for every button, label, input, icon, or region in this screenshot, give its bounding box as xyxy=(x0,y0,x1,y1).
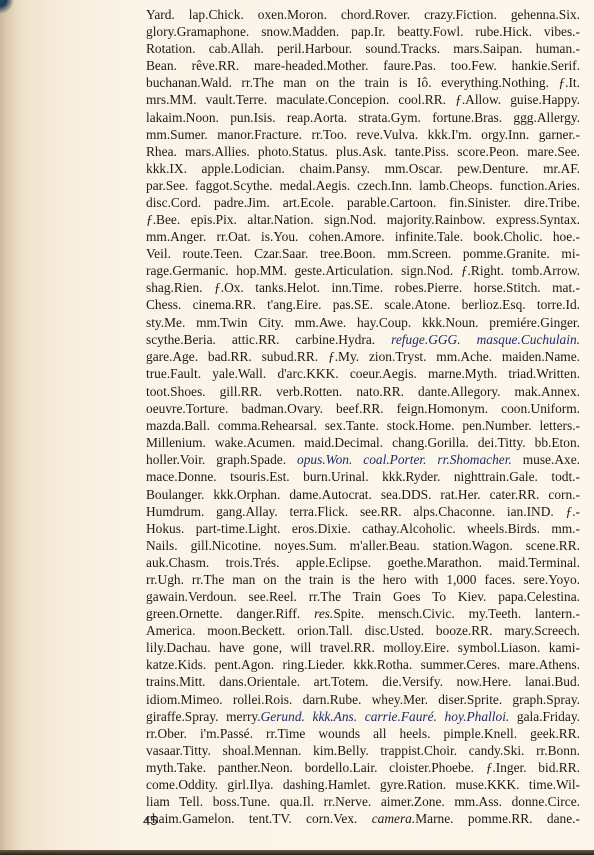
text-line: Millenium. wake.Acumen. maid.Decimal. ch… xyxy=(146,434,580,451)
paragraph-1: Yard. lap.Chick. oxen.Moron. chord.Rover… xyxy=(146,6,580,211)
text-line: green.Ornette. danger.Riff. res.Spite. m… xyxy=(146,605,580,622)
text-segment: Gerund. kkk.Ans. carrie.Fauré. hoy.Phall… xyxy=(261,709,510,724)
text-segment: chaim.Gamelon. tent.TV. corn.Vex. xyxy=(146,811,372,826)
text-segment: masque.Cuchulain. xyxy=(477,332,580,347)
text-line: oeuvre.Torture. badman.Ovary. beef.RR. f… xyxy=(146,400,580,417)
text-segment: muse.Axe. xyxy=(512,452,580,467)
text-segment: Rotation. cab.Allah. peril.Harbour. soun… xyxy=(146,41,580,56)
text-segment: Hokus. part-time.Light. eros.Dixie. cath… xyxy=(146,521,580,536)
text-segment: lily.Dachau. have gone, will travel.RR. … xyxy=(146,640,580,655)
text-segment: gawain.Verdoun. see.Reel. rr.The Train G… xyxy=(146,589,580,604)
text-segment: shag.Rien. xyxy=(146,280,214,295)
text-line: gare.Age. bad.RR. subud.RR. ƒ.My. zion.T… xyxy=(146,348,580,365)
text-segment xyxy=(461,332,477,347)
text-segment: .- xyxy=(572,504,580,519)
text-segment: Rhea. mars.Allies. photo.Status. plus.As… xyxy=(146,144,580,159)
text-segment: holler.Voir. graph.Spade. xyxy=(146,452,297,467)
text-segment: ƒ xyxy=(328,349,335,364)
text-segment: .Inger. bid.RR. xyxy=(492,760,580,775)
paragraph-4: gawain.Verdoun. see.Reel. rr.The Train G… xyxy=(146,588,580,827)
text-line: Hokus. part-time.Light. eros.Dixie. cath… xyxy=(146,520,580,537)
text-segment: buchanan.Wald. rr.The man on the train i… xyxy=(146,75,558,90)
text-segment: auk.Chasm. trois.Trés. apple.Eclipse. go… xyxy=(146,555,580,570)
text-segment: toot.Shoes. gill.RR. verb.Rotten. nato.R… xyxy=(146,384,580,399)
text-line: scythe.Beria. attic.RR. carbine.Hydra. r… xyxy=(146,331,580,348)
text-line: chaim.Gamelon. tent.TV. corn.Vex. camera… xyxy=(146,810,580,827)
text-line: mm.Anger. rr.Oat. is.You. cohen.Amore. i… xyxy=(146,228,580,245)
page-bottom-edge xyxy=(0,850,594,855)
text-line: mm.Sumer. manor.Fracture. rr.Too. reve.V… xyxy=(146,126,580,143)
text-segment: America. moon.Beckett. orion.Tall. disc.… xyxy=(146,623,580,638)
book-page: Yard. lap.Chick. oxen.Moron. chord.Rover… xyxy=(0,0,594,855)
text-line: ƒ.Bee. epis.Pix. altar.Nation. sign.Nod.… xyxy=(146,211,580,228)
text-segment: mace.Donne. tsouris.Est. burn.Urinal. kk… xyxy=(146,469,580,484)
text-segment: par.See. faggot.Scythe. medal.Aegis. cze… xyxy=(146,178,580,193)
text-line: katze.Kids. pent.Agon. ring.Lieder. kkk.… xyxy=(146,656,580,673)
text-line: mazda.Ball. comma.Rehearsal. sex.Tante. … xyxy=(146,417,580,434)
text-segment: .Ox. tanks.Helot. inn.Time. robes.Pierre… xyxy=(221,280,580,295)
text-line: vasaar.Titty. shoal.Mennan. kim.Belly. t… xyxy=(146,742,580,759)
text-line: true.Fault. yale.Wall. d'arc.KKK. coeur.… xyxy=(146,365,580,382)
text-line: shag.Rien. ƒ.Ox. tanks.Helot. inn.Time. … xyxy=(146,279,580,296)
text-line: par.See. faggot.Scythe. medal.Aegis. cze… xyxy=(146,177,580,194)
text-line: mrs.MM. vault.Terre. maculate.Concepion.… xyxy=(146,91,580,108)
text-segment: come.Oddity. girl.Ilya. dashing.Hamlet. … xyxy=(146,777,580,792)
text-line: lakaim.Noon. pun.Isis. reap.Aorta. strat… xyxy=(146,109,580,126)
text-segment: oeuvre.Torture. badman.Ovary. beef.RR. f… xyxy=(146,401,580,416)
text-segment: mm.Anger. rr.Oat. is.You. cohen.Amore. i… xyxy=(146,229,580,244)
text-line: Chess. cinema.RR. t'ang.Eire. pas.SE. sc… xyxy=(146,296,580,313)
text-segment: true.Fault. yale.Wall. d'arc.KKK. coeur.… xyxy=(146,366,580,381)
corner-shadow xyxy=(0,0,30,14)
text-segment: liam Tell. boss.Tune. qua.Il. rr.Nerve. … xyxy=(146,794,580,809)
text-segment: mrs.MM. vault.Terre. maculate.Concepion.… xyxy=(146,92,455,107)
text-line: toot.Shoes. gill.RR. verb.Rotten. nato.R… xyxy=(146,383,580,400)
text-segment: .Right. tomb.Arrow. xyxy=(468,263,580,278)
text-line: holler.Voir. graph.Spade. opus.Won. coal… xyxy=(146,451,580,468)
text-segment: scythe.Beria. attic.RR. carbine.Hydra. xyxy=(146,332,391,347)
text-segment: Spite. mensch.Civic. my.Teeth. lantern.- xyxy=(333,606,580,621)
text-line: sty.Me. mm.Twin City. mm.Awe. hay.Coup. … xyxy=(146,314,580,331)
text-line: Rotation. cab.Allah. peril.Harbour. soun… xyxy=(146,40,580,57)
paragraph-2: ƒ.Bee. epis.Pix. altar.Nation. sign.Nod.… xyxy=(146,211,580,382)
text-line: auk.Chasm. trois.Trés. apple.Eclipse. go… xyxy=(146,554,580,571)
text-segment: giraffe.Spray. merry. xyxy=(146,709,261,724)
text-line: America. moon.Beckett. orion.Tall. disc.… xyxy=(146,622,580,639)
text-segment: mazda.Ball. comma.Rehearsal. sex.Tante. … xyxy=(146,418,580,433)
text-segment: ƒ xyxy=(146,212,153,227)
text-segment: Bean. rêve.RR. mare-headed.Mother. faure… xyxy=(146,58,580,73)
text-segment: res. xyxy=(314,606,333,621)
text-segment: katze.Kids. pent.Agon. ring.Lieder. kkk.… xyxy=(146,657,580,672)
text-segment: rr.Ugh. rr.The man on the train is the h… xyxy=(146,572,580,587)
text-segment: Veil. route.Teen. Czar.Saar. tree.Boon. … xyxy=(146,246,580,261)
text-segment: green.Ornette. danger.Riff. xyxy=(146,606,314,621)
text-line: buchanan.Wald. rr.The man on the train i… xyxy=(146,74,580,91)
text-line: Rhea. mars.Allies. photo.Status. plus.As… xyxy=(146,143,580,160)
text-segment: ƒ xyxy=(461,263,468,278)
text-segment: Humdrum. gang.Allay. terra.Flick. see.RR… xyxy=(146,504,565,519)
text-line: come.Oddity. girl.Ilya. dashing.Hamlet. … xyxy=(146,776,580,793)
text-line: Veil. route.Teen. Czar.Saar. tree.Boon. … xyxy=(146,245,580,262)
text-line: Yard. lap.Chick. oxen.Moron. chord.Rover… xyxy=(146,6,580,23)
text-line: rage.Germanic. hop.MM. geste.Articulatio… xyxy=(146,262,580,279)
text-segment: mm.Sumer. manor.Fracture. rr.Too. reve.V… xyxy=(146,127,580,142)
text-segment: camera. xyxy=(372,811,416,826)
text-line: Boulanger. kkk.Orphan. dame.Autocrat. se… xyxy=(146,486,580,503)
page-number: 45 xyxy=(143,813,157,828)
text-segment: Nails. gill.Nicotine. noyes.Sum. m'aller… xyxy=(146,538,580,553)
text-segment: Marne. pomme.RR. dane.- xyxy=(415,811,580,826)
text-segment: rage.Germanic. hop.MM. geste.Articulatio… xyxy=(146,263,461,278)
text-segment: ƒ xyxy=(214,280,221,295)
text-segment: Millenium. wake.Acumen. maid.Decimal. ch… xyxy=(146,435,580,450)
text-line: myth.Take. panther.Neon. bordello.Lair. … xyxy=(146,759,580,776)
text-segment: .My. zion.Tryst. mm.Ache. maiden.Name. xyxy=(335,349,580,364)
text-segment: refuge.GGG. xyxy=(391,332,460,347)
text-segment: vasaar.Titty. shoal.Mennan. kim.Belly. t… xyxy=(146,743,580,758)
text-segment: glory.Gramaphone. snow.Madden. pap.Ir. b… xyxy=(146,24,580,39)
text-line: idiom.Mimeo. rollei.Rois. darn.Rube. whe… xyxy=(146,691,580,708)
text-line: glory.Gramaphone. snow.Madden. pap.Ir. b… xyxy=(146,23,580,40)
text-line: trains.Mitt. dans.Orientale. art.Totem. … xyxy=(146,673,580,690)
text-segment: Chess. cinema.RR. t'ang.Eire. pas.SE. sc… xyxy=(146,297,580,312)
text-segment: opus.Won. coal.Porter. rr.Shomacher. xyxy=(297,452,512,467)
text-segment: Boulanger. kkk.Orphan. dame.Autocrat. se… xyxy=(146,487,580,502)
text-line: rr.Ober. i'm.Passé. rr.Time wounds all h… xyxy=(146,725,580,742)
text-line: mace.Donne. tsouris.Est. burn.Urinal. kk… xyxy=(146,468,580,485)
text-segment: myth.Take. panther.Neon. bordello.Lair. … xyxy=(146,760,486,775)
text-line: Humdrum. gang.Allay. terra.Flick. see.RR… xyxy=(146,503,580,520)
text-segment: disc.Cord. padre.Jim. art.Ecole. parable… xyxy=(146,195,580,210)
text-line: Bean. rêve.RR. mare-headed.Mother. faure… xyxy=(146,57,580,74)
text-line: disc.Cord. padre.Jim. art.Ecole. parable… xyxy=(146,194,580,211)
text-line: Nails. gill.Nicotine. noyes.Sum. m'aller… xyxy=(146,537,580,554)
paragraph-3: toot.Shoes. gill.RR. verb.Rotten. nato.R… xyxy=(146,383,580,588)
text-segment: kkk.IX. apple.Lodician. chaim.Pansy. mm.… xyxy=(146,161,580,176)
text-line: kkk.IX. apple.Lodician. chaim.Pansy. mm.… xyxy=(146,160,580,177)
text-segment: .It. xyxy=(565,75,580,90)
text-segment: trains.Mitt. dans.Orientale. art.Totem. … xyxy=(146,674,580,689)
text-segment: Yard. lap.Chick. oxen.Moron. chord.Rover… xyxy=(146,7,580,22)
text-segment: gala.Friday. xyxy=(509,709,580,724)
text-line: gawain.Verdoun. see.Reel. rr.The Train G… xyxy=(146,588,580,605)
text-segment: ƒ xyxy=(455,92,462,107)
text-line: lily.Dachau. have gone, will travel.RR. … xyxy=(146,639,580,656)
text-segment: .Bee. epis.Pix. altar.Nation. sign.Nod. … xyxy=(153,212,580,227)
text-line: giraffe.Spray. merry.Gerund. kkk.Ans. ca… xyxy=(146,708,580,725)
text-segment: idiom.Mimeo. rollei.Rois. darn.Rube. whe… xyxy=(146,692,580,707)
text-segment: sty.Me. mm.Twin City. mm.Awe. hay.Coup. … xyxy=(146,315,580,330)
text-segment: lakaim.Noon. pun.Isis. reap.Aorta. strat… xyxy=(146,110,580,125)
text-segment: rr.Ober. i'm.Passé. rr.Time wounds all h… xyxy=(146,726,580,741)
text-line: liam Tell. boss.Tune. qua.Il. rr.Nerve. … xyxy=(146,793,580,810)
text-segment: .Allow. guise.Happy. xyxy=(462,92,580,107)
text-segment: gare.Age. bad.RR. subud.RR. xyxy=(146,349,328,364)
text-line: rr.Ugh. rr.The man on the train is the h… xyxy=(146,571,580,588)
